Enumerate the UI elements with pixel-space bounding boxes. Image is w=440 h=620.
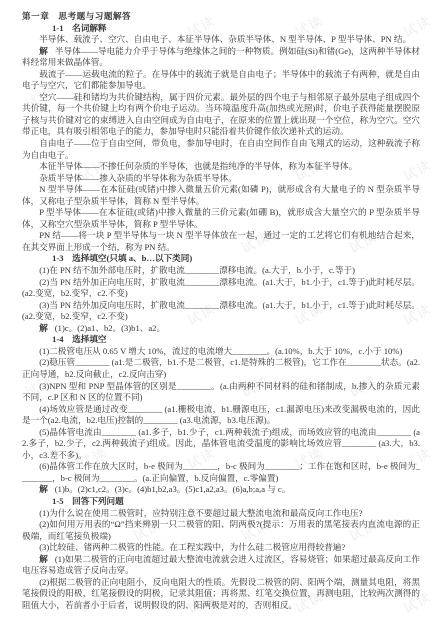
paragraph: (2)当 PN 结外加正向电压时，扩散电流________漂移电流。(a1.大于… <box>22 277 420 300</box>
paragraph: (6)晶体管工作在放大区时，b-e 极间为________，b-c 极间为___… <box>22 461 420 484</box>
answer-label: 解 <box>39 554 48 564</box>
paragraph: (4)场效应管是通过改变________ (a1.栅极电流，b1.栅源电压，c1… <box>22 404 420 427</box>
paragraph: (5)晶体管电流由________ (a1.多子，b1.少子，c1.两种载流子)… <box>22 427 420 462</box>
paragraph: N 型半导体——在本征硅(或锗)中掺入微量五价元素(如磷 P)，就形成含有大量电… <box>22 184 420 207</box>
paragraph: P 型半导体——在本征硅(或锗)中掺入微量的三价元素(如硼 B)，就形成含大量空… <box>22 207 420 230</box>
document-page: 试读试读试读试读试读试读试读试读试读试读试读试读试读试读试读试读试读试读试读试读… <box>0 0 440 620</box>
paragraph: 载流子——运载电流的粒子。在导体中的载流子就是自由电子；半导体中的载流子有两种，… <box>22 69 420 92</box>
watermark-text: 试读 <box>0 10 3 41</box>
watermark-text: 试读 <box>0 442 3 473</box>
watermark-text: 试读 <box>0 586 3 617</box>
paragraph: 本征半导体——不掺任何杂质的半导体，也就是指纯净的半导体，称为本征半导体。 <box>22 161 420 173</box>
paragraph: (2)稳压管________ (a1.是二极管，b1.不是二极管，c1.是特殊的… <box>22 357 420 380</box>
watermark-text: 试读 <box>0 298 3 329</box>
paragraph: (1)为什么说在使用二极管时，应特别注意不要超过最大整流电流和最高反向工作电压? <box>22 508 420 520</box>
text-layer: 第一章 思考题与习题解答 1-1 名词解释半导体、载流子、空穴、自由电子、本征半… <box>22 11 420 611</box>
paragraph: 空穴——硅和锗均为共价键结构，属于四价元素。最外层的四个电子与相邻原子最外层电子… <box>22 92 420 138</box>
paragraph: (3)当 PN 结外加反向电压时，扩散电流________漂移电流。(a1.大于… <box>22 300 420 323</box>
answer-paragraph: 解(1)b。(2)c1,c2。(3)c。(4)b1,b2,a3。(5)c1,a2… <box>22 484 420 496</box>
answer-label: 解 <box>39 323 48 333</box>
section-heading: 1-3 选择填空(只填 a、b…以下类同) <box>22 253 420 265</box>
document-body: 1-1 名词解释半导体、载流子、空穴、自由电子、本征半导体、杂质半导体、N 型半… <box>22 23 420 612</box>
paragraph: 半导体、载流子、空穴、自由电子、本征半导体、杂质半导体、N 型半导体、P 型半导… <box>22 34 420 46</box>
watermark-text: 试读 <box>0 154 3 185</box>
section-heading: 1-1 名词解释 <box>22 23 420 35</box>
paragraph: 杂质半导体——掺入杂质的半导体称为杂质半导体。 <box>22 173 420 185</box>
answer-label: 解 <box>39 46 48 56</box>
answer-paragraph: 解(1)c。(2)a1、b2。(3)b1、a2。 <box>22 323 420 335</box>
paragraph: (3)比较硅、锗两种二极管的性能。在工程实践中，为什么硅二极管应用得较普遍? <box>22 542 420 554</box>
paragraph: (2)根据二极管的正向电阻小，反向电阻大的性质。先假设二极管的阴、阳两个端，测量… <box>22 577 420 612</box>
answer-label: 解 <box>39 484 48 494</box>
paragraph: (1)二极管电压从 0.65 V 增大 10%，流过的电流增大________。… <box>22 346 420 358</box>
section-heading: 1-4 选择填空 <box>22 334 420 346</box>
section-heading: 1-5 回答下列问题 <box>22 496 420 508</box>
answer-paragraph: 解(1)如果二极管的正向电流超过最大整流电流就会进入过流区，容易烧管；如果超过最… <box>22 554 420 577</box>
paragraph: (1)在 PN 结不加外部电压时，扩散电流________漂移电流。(a.大于，… <box>22 265 420 277</box>
chapter-title: 第一章 思考题与习题解答 <box>22 11 420 23</box>
paragraph: (3)NPN 型和 PNP 型晶体管的区别是________。(a.由两种不同材… <box>22 381 420 404</box>
answer-paragraph: 解半导体——导电能力介乎于导体与绝缘体之间的一种物质。例如硅(Si)和锗(Ge)… <box>22 46 420 69</box>
paragraph: PN 结——将一块 P 型半导体与一块 N 型半导体放在一起，通过一定的工艺将它… <box>22 230 420 253</box>
paragraph: 自由电子——位于自由空间，带负电，参加导电时，在自由空间作自由飞翔式的运动，这种… <box>22 138 420 161</box>
paragraph: (2)如何用万用表的“Ω”挡来辨别一只二极管的阳、阴两极?(提示：万用表的黑笔接… <box>22 519 420 542</box>
